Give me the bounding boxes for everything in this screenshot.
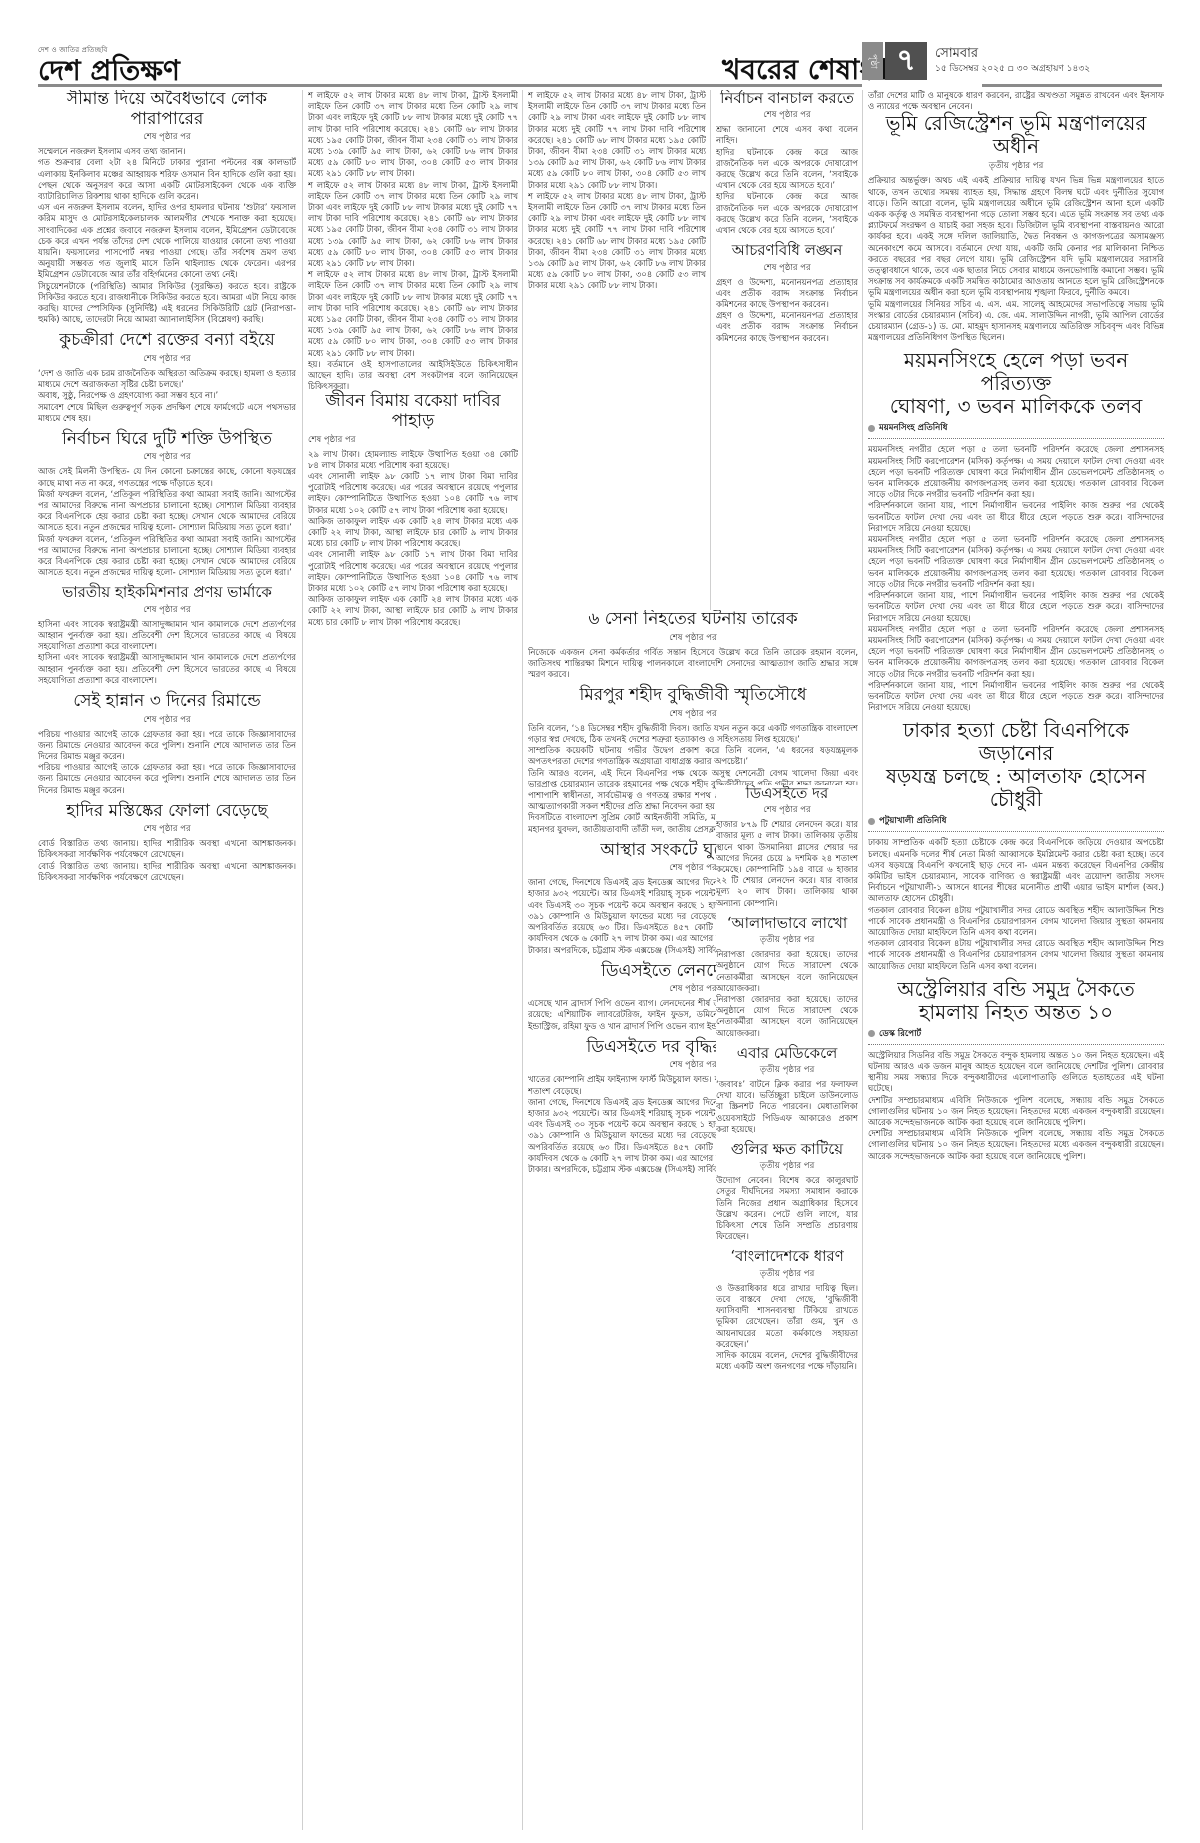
- jump-line: তৃতীয় পৃষ্ঠার পর: [716, 1063, 858, 1077]
- article-body: প্রক্রিয়ার অন্তর্ভুক্ত। অথচ এই একই প্রক…: [868, 175, 1164, 343]
- article-body: সম্মেলনে নজরুল ইসলাম এসব তথ্য জানান। গত …: [38, 146, 296, 325]
- header-rule: [982, 84, 1162, 87]
- issue-date-full: ১৫ ডিসেম্বর ২০২৫ ▫ ৩০ অগ্রহায়ণ ১৪৩২: [935, 62, 1090, 76]
- headline[interactable]: ভূমি রেজিস্ট্রেশন ভূমি মন্ত্রণালয়ের অধী…: [868, 112, 1164, 158]
- article-body: বোর্ড বিস্তারিত তথ্য জানায়। হাদির শারীর…: [38, 838, 296, 883]
- column-divider: [302, 90, 303, 1830]
- headline-line-1[interactable]: অস্ট্রেলিয়ার বন্ডি সমুদ্র সৈকতে: [868, 978, 1164, 1001]
- headline[interactable]: এবার মেডিকেলে: [716, 1045, 858, 1062]
- byline: ময়মনসিংহ প্রতিনিধি: [868, 421, 1164, 435]
- page-number: ৭: [885, 42, 927, 80]
- newspaper-logo[interactable]: দেশ ও জাতির প্রতিচ্ছবি দেশ প্রতিক্ষণ: [38, 44, 180, 86]
- article-body: নিজেকে একজন সেনা কর্মকর্তার গর্বিত সন্তা…: [528, 647, 858, 681]
- jump-line: শেষ পৃষ্ঠার পর: [716, 803, 858, 817]
- article-body: ময়মনসিংহ নগরীর হেলে পড়া ৫ তলা ভবনটি পর…: [868, 444, 1164, 713]
- byline-text: ডেস্ক রিপোর্ট: [879, 1027, 921, 1041]
- column-5: তাঁরা দেশের মাটি ও মানুষকে ধারণ করবেন, র…: [868, 90, 1164, 1830]
- continued-text: তাঁরা দেশের মাটি ও মানুষকে ধারণ করবেন, র…: [868, 90, 1164, 112]
- jump-line: শেষ পৃষ্ঠার পর: [528, 631, 858, 645]
- jump-line: তৃতীয় পৃষ্ঠার পর: [716, 1159, 858, 1173]
- headline[interactable]: ডিএসইতে দর: [716, 785, 858, 802]
- byline: পটুয়াখালী প্রতিনিধি: [868, 814, 1164, 828]
- article-body: নিরাপত্তা জোরদার করা হয়েছে। তাদের অনুষ্…: [716, 949, 858, 1039]
- article-body: হাজার ৮৭৯ টি শেয়ার লেনদেন করে। যার বাজা…: [716, 819, 858, 909]
- header-rule: [38, 84, 300, 87]
- brand-name: দেশ প্রতিক্ষণ: [38, 56, 180, 86]
- article-separately-lakhs[interactable]: ‘আলাদাভাবে লাখো তৃতীয় পৃষ্ঠার পর নিরাপত…: [716, 915, 858, 1039]
- issue-day: সোমবার: [935, 46, 1090, 62]
- headline[interactable]: জীবন বিমায় বকেয়া দাবির পাহাড়: [308, 392, 518, 431]
- headline[interactable]: ‘বাংলাদেশকে ধারণ: [716, 1248, 858, 1265]
- article-body: উদ্যোগ নেবেন। বিশেষ করে কালুরঘাট সেতুর দ…: [716, 1175, 858, 1242]
- column-4: নির্বাচন বানচাল করতে শেষ পৃষ্ঠার পর শ্রদ…: [716, 90, 858, 610]
- headline[interactable]: মিরপুর শহীদ বুদ্ধিজীবী স্মৃতিসৌধে: [528, 686, 858, 706]
- bullet-icon: [868, 1030, 875, 1037]
- page-label: পৃষ্ঠা: [862, 42, 883, 80]
- jump-line: শেষ পৃষ্ঠার পর: [716, 108, 858, 122]
- dotted-divider: [868, 831, 1164, 832]
- masthead: দেশ ও জাতির প্রতিচ্ছবি দেশ প্রতিক্ষণ খবর…: [0, 0, 1200, 80]
- jump-line: শেষ পৃষ্ঠার পর: [38, 130, 296, 144]
- jump-line: শেষ পৃষ্ঠার পর: [38, 822, 296, 836]
- headline[interactable]: ভারতীয় হাইকমিশনার প্রণয় ভার্মাকে: [38, 584, 296, 601]
- article-election-two-forces[interactable]: নির্বাচন ঘিরে দুটি শক্তি উপস্থিত শেষ পৃষ…: [38, 430, 296, 579]
- article-hold-bangladesh[interactable]: ‘বাংলাদেশকে ধারণ তৃতীয় পৃষ্ঠার পর ও উত্…: [716, 1248, 858, 1372]
- headline[interactable]: কুচক্রীরা দেশে রক্তের বন্যা বইয়ে: [38, 331, 296, 351]
- article-hadi-brain-swelling[interactable]: হাদির মস্তিষ্কের ফোলা বেড়েছে শেষ পৃষ্ঠা…: [38, 802, 296, 883]
- article-election-sabotage[interactable]: নির্বাচন বানচাল করতে শেষ পৃষ্ঠার পর শ্রদ…: [716, 90, 858, 236]
- continued-text: শ লাইফে ৫২ লাখ টাকার মধ্যে ৪৮ লাখ টাকা, …: [528, 90, 706, 292]
- article-body: অস্ট্রেলিয়ার সিডনির বন্ডি সমুদ্র সৈকতে …: [868, 1050, 1164, 1162]
- article-mymensingh-tilted-building[interactable]: ময়মনসিংহে হেলে পড়া ভবন পরিত্যক্ত ঘোষণা…: [868, 349, 1164, 713]
- column-1: সীমান্ত দিয়ে অবৈধভাবে লোক পারাপারের শেষ…: [38, 90, 296, 1830]
- bullet-icon: [868, 425, 875, 432]
- headline[interactable]: হাদির মস্তিষ্কের ফোলা বেড়েছে: [38, 802, 296, 822]
- article-body: ও উত্তরাধিকার ধরে রাখার দায়িত্ব ছিল। তব…: [716, 1283, 858, 1373]
- headline[interactable]: নির্বাচন বানচাল করতে: [716, 90, 858, 107]
- headline[interactable]: আচরণবিধি লঙ্ঘন: [716, 242, 858, 259]
- column-divider: [522, 90, 523, 1830]
- jump-line: শেষ পৃষ্ঠার পর: [308, 433, 518, 447]
- column-divider: [862, 90, 863, 1830]
- column-2: শ লাইফে ৫২ লাখ টাকার মধ্যে ৪৮ লাখ টাকা, …: [308, 90, 518, 1830]
- headline[interactable]: সীমান্ত দিয়ে অবৈধভাবে লোক পারাপারের: [38, 90, 296, 129]
- bullet-icon: [868, 818, 875, 825]
- article-body: পরিচয় পাওয়ার আগেই তাকে গ্রেফতার করা হয…: [38, 729, 296, 796]
- headline-line-1[interactable]: ঢাকার হত্যা চেষ্টা বিএনপিকে জড়ানোর: [868, 719, 1164, 765]
- headline[interactable]: ‘আলাদাভাবে লাখো: [716, 915, 858, 932]
- article-border-crossing[interactable]: সীমান্ত দিয়ে অবৈধভাবে লোক পারাপারের শেষ…: [38, 90, 296, 325]
- jump-line: শেষ পৃষ্ঠার পর: [38, 352, 296, 366]
- article-altaf-hossain[interactable]: ঢাকার হত্যা চেষ্টা বিএনপিকে জড়ানোর ষড়য…: [868, 719, 1164, 971]
- jump-line: শেষ পৃষ্ঠার পর: [716, 261, 858, 275]
- headline[interactable]: গুলির ক্ষত কাটিয়ে: [716, 1141, 858, 1158]
- article-body: ২৯ লাখ টাকা। হোমল্যান্ড লাইফে উত্থাপিত হ…: [308, 449, 518, 628]
- byline-text: পটুয়াখালী প্রতিনিধি: [879, 814, 947, 828]
- headline-line-2[interactable]: হামলায় নিহত অন্তত ১০: [868, 1001, 1164, 1024]
- article-body: হাসিনা এবং সাবেক স্বরাষ্ট্রমন্ত্রী আসাদু…: [38, 619, 296, 686]
- jump-line: তৃতীয় পৃষ্ঠার পর: [716, 933, 858, 947]
- header-rule: [300, 84, 862, 87]
- headline-line-2[interactable]: ষড়যন্ত্র চলছে : আলতাফ হোসেন চৌধুরী: [868, 765, 1164, 811]
- article-code-of-conduct[interactable]: আচরণবিধি লঙ্ঘন শেষ পৃষ্ঠার পর গ্রহণ ও উদ…: [716, 242, 858, 343]
- jump-line: শেষ পৃষ্ঠার পর: [38, 450, 296, 464]
- article-body: গ্রহণ ও উদ্দেশ্য, মনোনয়নপত্র প্রত্যাহার…: [716, 277, 858, 344]
- continued-text: শ লাইফে ৫২ লাখ টাকার মধ্যে ৪৮ লাখ টাকা, …: [308, 90, 518, 392]
- article-body: আজ সেই মিলনী উপস্থিত- যে দিন কোনো চক্রান…: [38, 466, 296, 578]
- headline[interactable]: ৬ সেনা নিহতের ঘটনায় তারেক: [528, 610, 858, 630]
- jump-line: শেষ পৃষ্ঠার পর: [38, 603, 296, 617]
- column-4-lower: ডিএসইতে দর শেষ পৃষ্ঠার পর হাজার ৮৭৯ টি শ…: [716, 785, 858, 1830]
- headline-line-2[interactable]: ঘোষণা, ৩ ভবন মালিককে তলব: [868, 395, 1164, 418]
- article-body: ঢাকায় সাম্প্রতিক একটি হত্যা চেষ্টাকে কে…: [868, 837, 1164, 971]
- article-body: শ্রদ্ধা জানানো শেষে এসব কথা বলেন নাহিদ। …: [716, 124, 858, 236]
- article-dse-price[interactable]: ডিএসইতে দর শেষ পৃষ্ঠার পর হাজার ৮৭৯ টি শ…: [716, 785, 858, 909]
- article-land-registration[interactable]: ভূমি রেজিস্ট্রেশন ভূমি মন্ত্রণালয়ের অধী…: [868, 112, 1164, 343]
- issue-date: সোমবার ১৫ ডিসেম্বর ২০২৫ ▫ ৩০ অগ্রহায়ণ ১…: [935, 46, 1090, 76]
- article-body: ‘জবাবঃ’ বাটনে ক্লিক করার পর ফলাফল দেখা য…: [716, 1079, 858, 1135]
- article-body: ‘দেশ ও জাতি এক চরম রাজনৈতিক অস্থিরতা অতি…: [38, 368, 296, 424]
- jump-line: শেষ পৃষ্ঠার পর: [38, 713, 296, 727]
- dotted-divider: [868, 1044, 1164, 1045]
- article-hannan-remand[interactable]: সেই হান্নান ৩ দিনের রিমান্ডে শেষ পৃষ্ঠার…: [38, 692, 296, 796]
- byline-text: ময়মনসিংহ প্রতিনিধি: [879, 421, 948, 435]
- article-conspirators[interactable]: কুচক্রীরা দেশে রক্তের বন্যা বইয়ে শেষ পৃ…: [38, 331, 296, 424]
- byline: ডেস্ক রিপোর্ট: [868, 1027, 1164, 1041]
- headline[interactable]: সেই হান্নান ৩ দিনের রিমান্ডে: [38, 692, 296, 712]
- jump-line: তৃতীয় পৃষ্ঠার পর: [716, 1267, 858, 1281]
- headline-line-1[interactable]: ময়মনসিংহে হেলে পড়া ভবন পরিত্যক্ত: [868, 349, 1164, 395]
- article-army-deaths-tarique[interactable]: ৬ সেনা নিহতের ঘটনায় তারেক শেষ পৃষ্ঠার প…: [528, 610, 858, 680]
- headline[interactable]: নির্বাচন ঘিরে দুটি শক্তি উপস্থিত: [38, 430, 296, 450]
- jump-line: শেষ পৃষ্ঠার পর: [528, 707, 858, 721]
- article-bullet-wound[interactable]: গুলির ক্ষত কাটিয়ে তৃতীয় পৃষ্ঠার পর উদ্…: [716, 1141, 858, 1242]
- jump-line: তৃতীয় পৃষ্ঠার পর: [868, 159, 1164, 173]
- article-medical-admission[interactable]: এবার মেডিকেলে তৃতীয় পৃষ্ঠার পর ‘জবাবঃ’ …: [716, 1045, 858, 1135]
- article-bondi-beach-attack[interactable]: অস্ট্রেলিয়ার বন্ডি সমুদ্র সৈকতে হামলায়…: [868, 978, 1164, 1162]
- dotted-divider: [868, 438, 1164, 439]
- article-life-insurance-claims[interactable]: জীবন বিমায় বকেয়া দাবির পাহাড় শেষ পৃষ্…: [308, 392, 518, 627]
- article-indian-high-commissioner[interactable]: ভারতীয় হাইকমিশনার প্রণয় ভার্মাকে শেষ প…: [38, 584, 296, 685]
